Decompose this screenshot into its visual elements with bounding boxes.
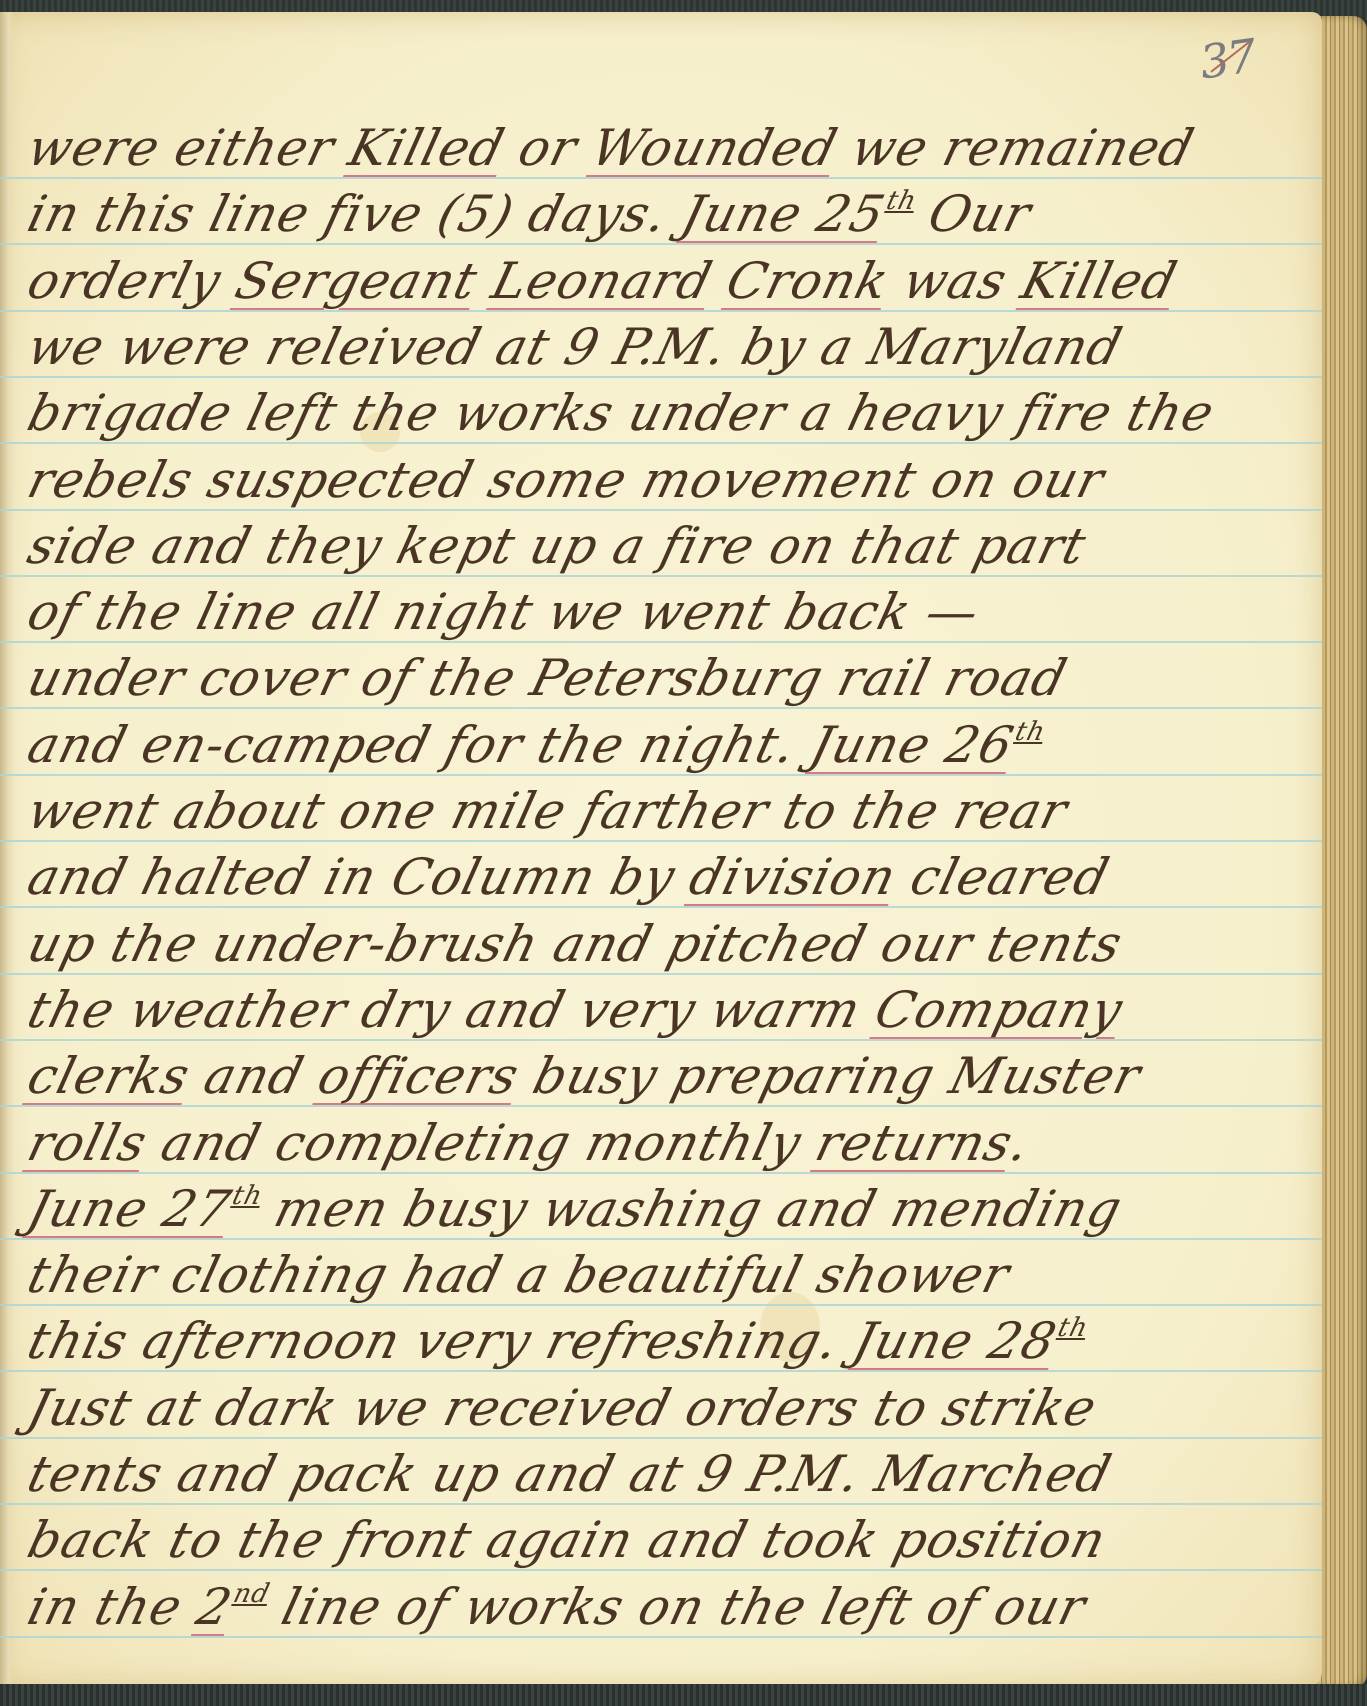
text-segment: brigade left the works under a heavy fir… [22, 384, 1220, 442]
text-segment: men busy washing and mending [252, 1180, 1128, 1238]
underlined-word: Wounded [586, 119, 844, 177]
text-segment: and completing monthly [139, 1114, 825, 1172]
page-stack-edge [1316, 16, 1367, 1688]
text-segment: under cover of the Petersburg rail road [22, 649, 1073, 707]
manuscript-line: orderly Sergeant Leonard Cronk was Kille… [22, 252, 1183, 310]
manuscript-line: went about one mile farther to the rear [22, 782, 1074, 840]
manuscript-line: Just at dark we received orders to strik… [22, 1379, 1103, 1437]
text-segment: we were releived at 9 P.M. by a Maryland [22, 318, 1128, 376]
text-segment: Just at dark we received orders to strik… [22, 1379, 1103, 1437]
underlined-word: returns [810, 1114, 1019, 1172]
text-segment: busy preparing Muster [511, 1047, 1147, 1105]
manuscript-line: in the 2nd line of works on the left of … [22, 1578, 1092, 1636]
ruled-line [0, 442, 1322, 444]
manuscript-line: and halted in Column by division cleared [22, 848, 1115, 906]
manuscript-line: side and they kept up a fire on that par… [22, 517, 1092, 575]
text-segment: tents and pack up and at 9 P.M. Marched [22, 1445, 1118, 1503]
underlined-word: rolls [22, 1114, 153, 1172]
ruled-line [0, 1304, 1322, 1306]
text-segment: we remained [829, 119, 1200, 177]
text-segment: rebels suspected some movement on our [22, 451, 1110, 509]
text-segment: in the [22, 1578, 205, 1636]
text-segment: orderly [22, 252, 244, 310]
underlined-word: Killed [1016, 252, 1183, 310]
text-segment: their clothing had a beautiful shower [22, 1246, 1016, 1304]
manuscript-line: we were releived at 9 P.M. by a Maryland [22, 318, 1128, 376]
manuscript-line: up the under-brush and pitched our tents [22, 915, 1128, 973]
page-number: 37 [1197, 28, 1259, 89]
text-segment: line of works on the left of our [259, 1578, 1092, 1636]
ruled-line [0, 177, 1322, 179]
manuscript-line: the weather dry and very warm Company [22, 981, 1129, 1039]
ruled-line [0, 1105, 1322, 1107]
text-segment: and [181, 1047, 326, 1105]
underlined-word: June 28 [847, 1312, 1062, 1370]
manuscript-line: back to the front again and took positio… [22, 1511, 1112, 1569]
ruled-line [0, 1569, 1322, 1571]
ruled-line [0, 641, 1322, 643]
manuscript-line: clerks and officers busy preparing Muste… [22, 1047, 1147, 1105]
ruled-line [0, 376, 1322, 378]
text-segment: in this line five (5) days. [22, 185, 691, 243]
book-cover-bottom [0, 1684, 1367, 1706]
underlined-word: June 27 [22, 1180, 237, 1238]
underlined-word: June 25 [676, 185, 891, 243]
text-segment: cleared [888, 848, 1115, 906]
underlined-word: Company [869, 981, 1129, 1039]
diary-page: 37 were either Killed or Wounded we rema… [0, 12, 1322, 1688]
text-segment: or [496, 119, 600, 177]
text-segment: went about one mile farther to the rear [22, 782, 1074, 840]
manuscript-line: this afternoon very refreshing. June 28t… [22, 1312, 1092, 1370]
manuscript-line: brigade left the works under a heavy fir… [22, 384, 1220, 442]
underlined-word: division [684, 848, 903, 906]
ruled-line [0, 243, 1322, 245]
underlined-word: Sergeant [230, 252, 484, 310]
text-segment: and en-camped for the night. [22, 716, 819, 774]
text-segment: this afternoon very refreshing. [22, 1312, 862, 1370]
underlined-word: June 26 [805, 716, 1020, 774]
manuscript-line: and en-camped for the night. June 26th [22, 716, 1049, 774]
ruled-line [0, 1370, 1322, 1372]
manuscript-line: were either Killed or Wounded we remaine… [22, 119, 1200, 177]
manuscript-line: of the line all night we went back — [22, 583, 985, 641]
ruled-line [0, 707, 1322, 709]
text-segment: the weather dry and very warm [22, 981, 884, 1039]
manuscript-scan: 37 were either Killed or Wounded we rema… [0, 0, 1367, 1706]
underlined-word: clerks [22, 1047, 196, 1105]
manuscript-line: rolls and completing monthly returns. [22, 1114, 1036, 1172]
underlined-word: Cronk [721, 252, 895, 310]
text-segment: back to the front again and took positio… [22, 1511, 1112, 1569]
ruled-line [0, 1238, 1322, 1240]
ruled-line [0, 575, 1322, 577]
ruled-line [0, 906, 1322, 908]
ruled-line [0, 1039, 1322, 1041]
manuscript-line: their clothing had a beautiful shower [22, 1246, 1016, 1304]
manuscript-line: under cover of the Petersburg rail road [22, 649, 1073, 707]
text-segment: was [881, 252, 1031, 310]
manuscript-line: rebels suspected some movement on our [22, 451, 1110, 509]
text-segment: were either [22, 119, 358, 177]
text-segment: side and they kept up a fire on that par… [22, 517, 1092, 575]
manuscript-line: in this line five (5) days. June 25th Ou… [22, 185, 1037, 243]
text-segment: and halted in Column by [22, 848, 698, 906]
underlined-word: Leonard [486, 252, 718, 310]
text-segment: Our [906, 185, 1037, 243]
ordinal-suffix: th [1012, 717, 1049, 747]
text-segment: up the under-brush and pitched our tents [22, 915, 1128, 973]
text-segment: of the line all night we went back — [22, 583, 985, 641]
underlined-word: officers [312, 1047, 525, 1105]
underlined-word: Killed [343, 119, 510, 177]
manuscript-line: June 27th men busy washing and mending [22, 1180, 1128, 1238]
ruled-line [0, 1503, 1322, 1505]
manuscript-line: tents and pack up and at 9 P.M. Marched [22, 1445, 1118, 1503]
ruled-line [0, 840, 1322, 842]
ordinal-suffix: th [1055, 1313, 1092, 1343]
